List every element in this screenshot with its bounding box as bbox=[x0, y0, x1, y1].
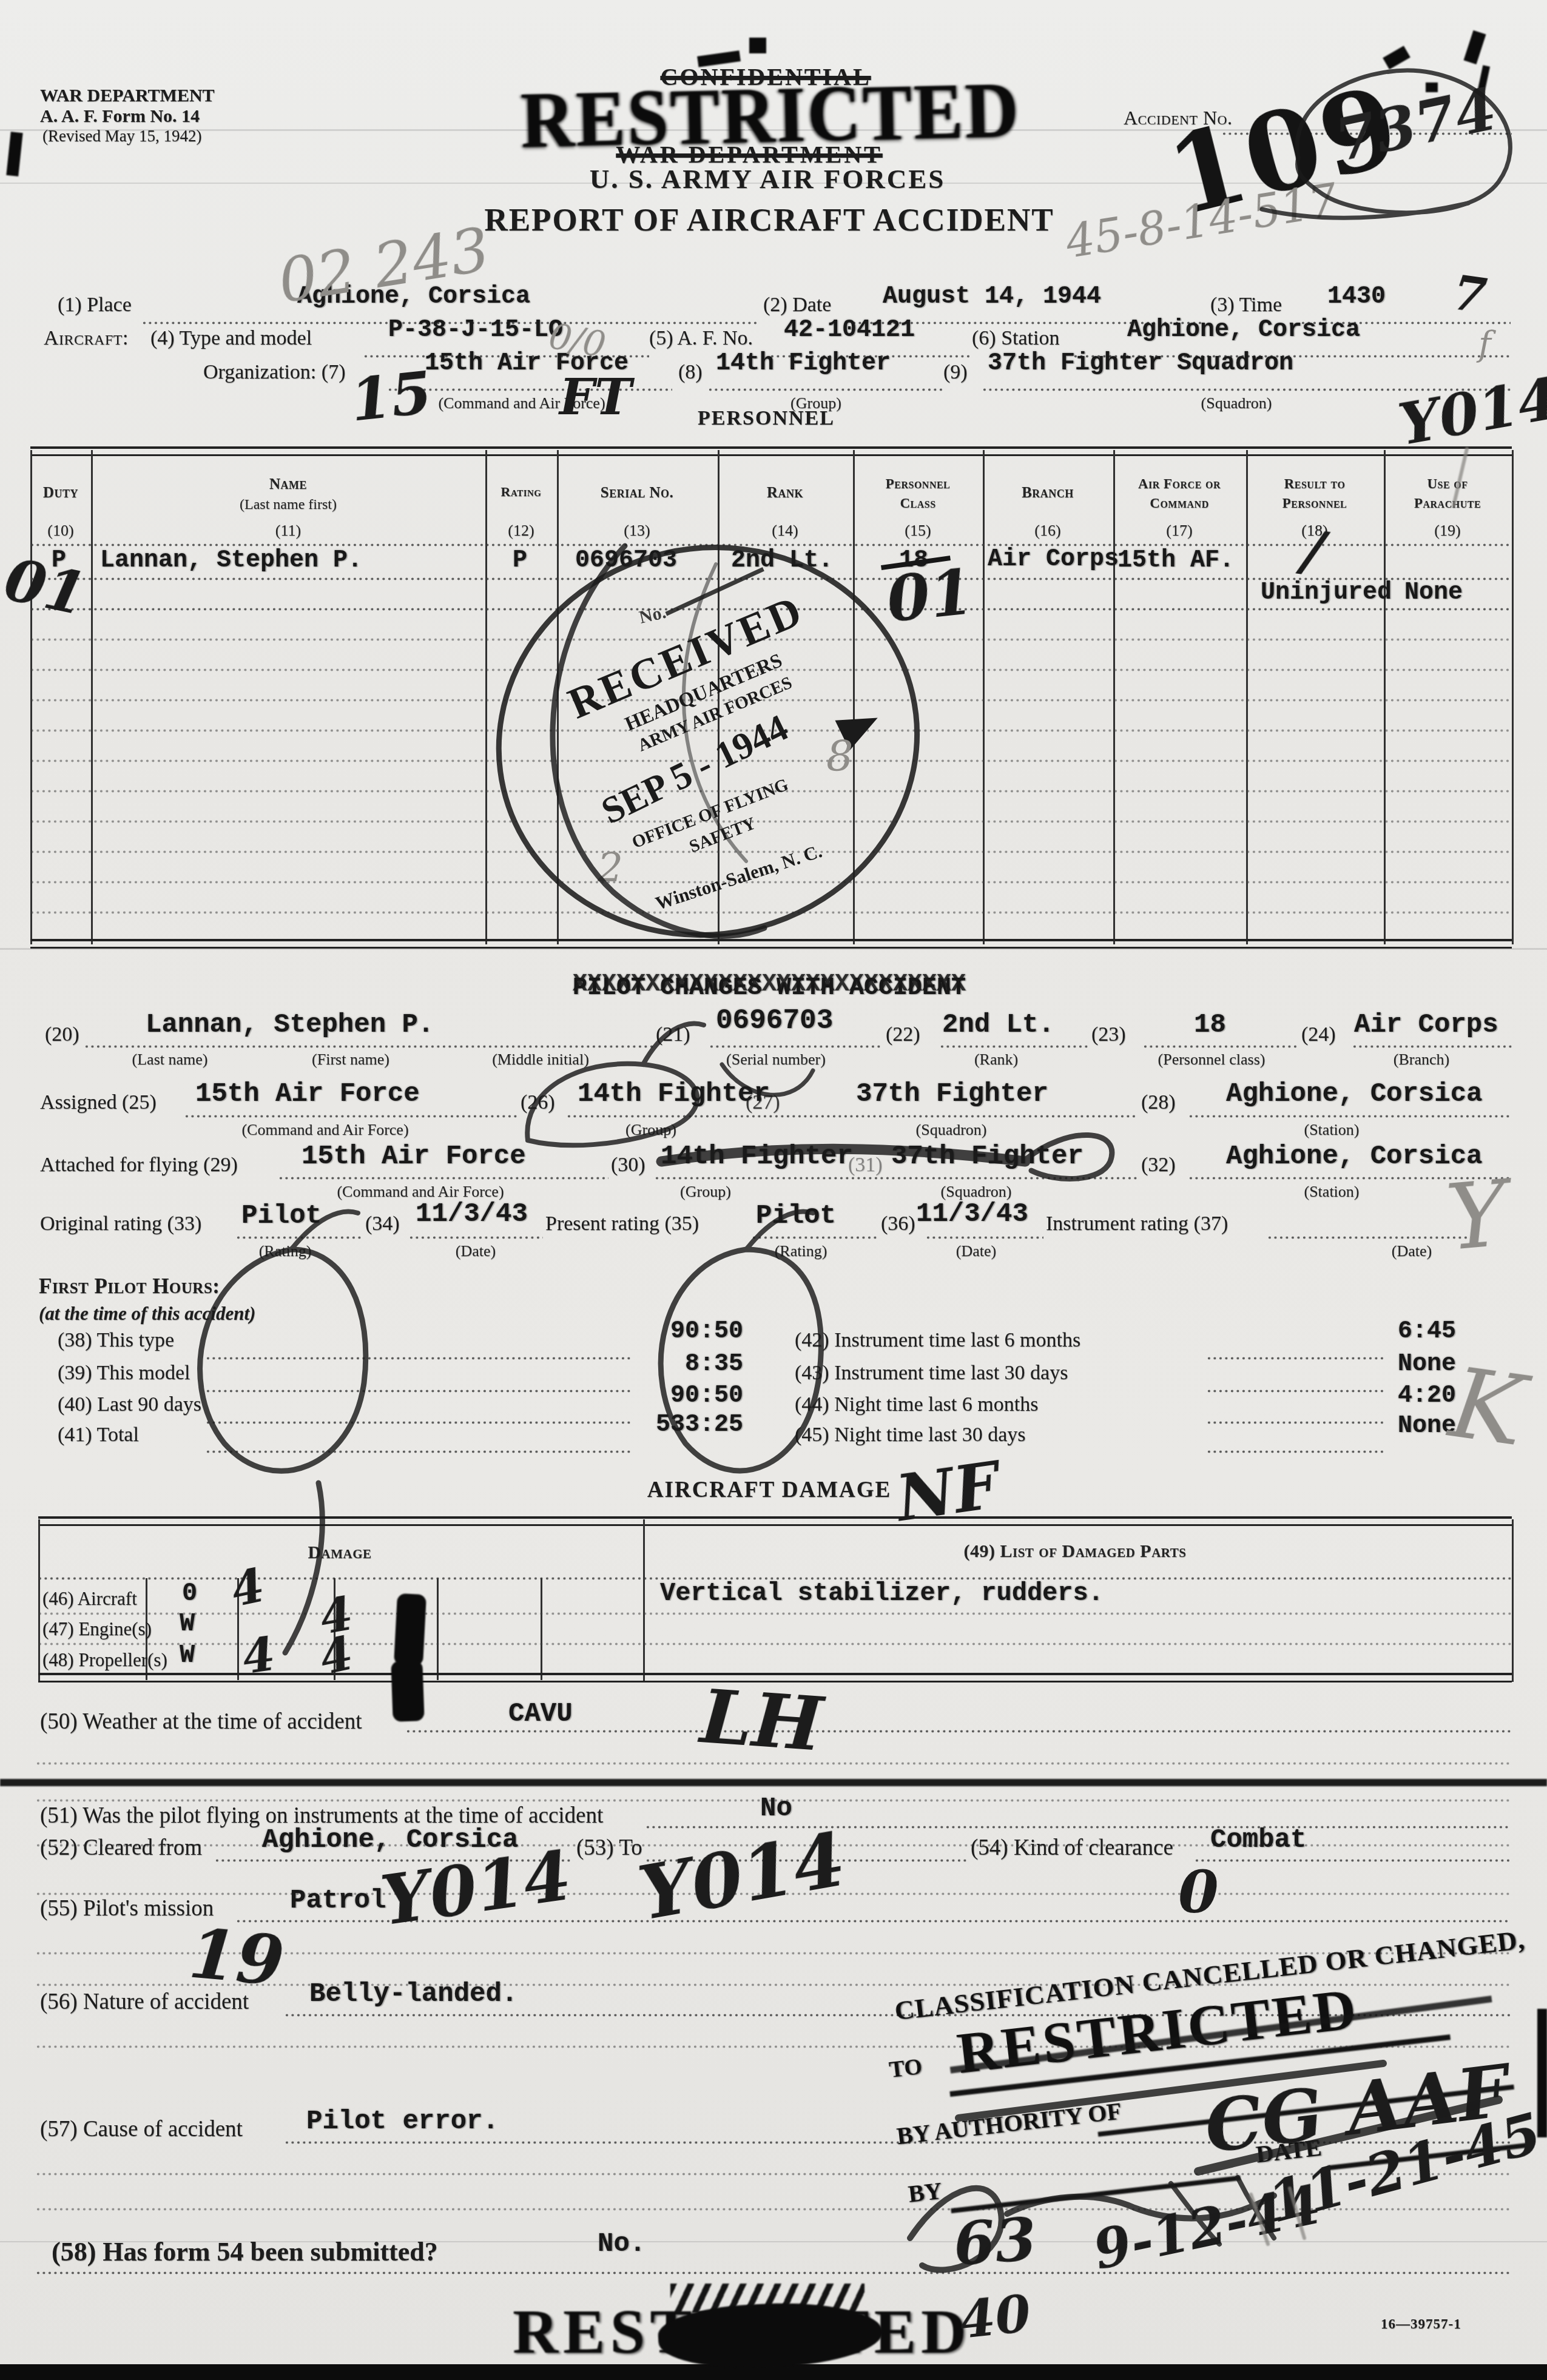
pencil-type-mark: 0/0 bbox=[547, 318, 608, 362]
stamp-no-label: No. bbox=[637, 602, 667, 628]
dotted-line bbox=[1268, 1236, 1468, 1239]
present-rating-value: Pilot bbox=[756, 1203, 836, 1229]
handwritten-clearance-0: 0 bbox=[1178, 1863, 1219, 1921]
instrument-rating-label: Instrument rating (37) bbox=[1046, 1213, 1228, 1235]
n28-label: (28) bbox=[1141, 1092, 1176, 1114]
squadron-value: 37th Fighter Squadron bbox=[988, 352, 1293, 376]
ink-speck bbox=[1464, 30, 1486, 64]
hours-41-label: (41) Total bbox=[58, 1424, 139, 1446]
organization-label: Organization: (7) bbox=[203, 361, 345, 383]
form-dept: WAR DEPARTMENT bbox=[40, 86, 215, 106]
dotted-line bbox=[36, 2271, 1511, 2274]
form-revision: (Revised May 15, 1942) bbox=[42, 127, 201, 144]
place-label: (1) Place bbox=[58, 294, 132, 316]
hours-45-label: (45) Night time last 30 days bbox=[795, 1424, 1026, 1446]
n24-label: (24) bbox=[1301, 1024, 1336, 1046]
damage-47-mark: W bbox=[180, 1611, 195, 1636]
row-branch: Air Corps bbox=[988, 548, 1119, 572]
attached-label: Attached for flying (29) bbox=[40, 1154, 238, 1176]
mission-value: Patrol bbox=[290, 1888, 386, 1914]
hours-42-value: 6:45 bbox=[1329, 1320, 1456, 1344]
table-rule bbox=[91, 450, 93, 944]
damage-46-mark: 0 bbox=[182, 1581, 197, 1606]
col-serial: Serial No. bbox=[601, 485, 673, 500]
hours-44-value: 4:20 bbox=[1329, 1384, 1456, 1408]
handwritten-y014-top: Y014 bbox=[1395, 370, 1547, 454]
n31-label: (31) bbox=[848, 1154, 883, 1176]
handwritten-19: 19 bbox=[186, 1920, 286, 1995]
parts-col-label: (49) List of Damaged Parts bbox=[964, 1542, 1187, 1561]
hours-42-label: (42) Instrument time last 6 months bbox=[795, 1330, 1080, 1351]
present-rating-label: Present rating (35) bbox=[545, 1213, 699, 1235]
dotted-line bbox=[1195, 1859, 1511, 1862]
dotted-line bbox=[940, 1045, 1088, 1048]
cause-label: (57) Cause of accident bbox=[40, 2118, 243, 2142]
row-command: 15th AF. bbox=[1117, 549, 1234, 573]
squadron-number: (9) bbox=[943, 361, 968, 383]
ink-blot bbox=[391, 1660, 424, 1722]
station-value: Aghione, Corsica bbox=[1127, 318, 1360, 343]
cap-rank: (Rank) bbox=[974, 1052, 1018, 1067]
hours-43-value: None bbox=[1329, 1353, 1456, 1377]
type-value: P-38-J-15-LO bbox=[388, 318, 563, 343]
n26-label: (26) bbox=[521, 1092, 555, 1114]
form-number: A. A. F. Form No. 14 bbox=[40, 107, 200, 126]
page-title: REPORT OF AIRCRAFT ACCIDENT bbox=[484, 204, 1054, 238]
hours-heading: First Pilot Hours: bbox=[39, 1276, 220, 1298]
attached-squadron: 37th Fighter bbox=[891, 1143, 1084, 1170]
date-value: August 14, 1944 bbox=[883, 285, 1101, 309]
damage-col-label: Damage bbox=[308, 1544, 371, 1562]
print-code: 16—39757-1 bbox=[1381, 2317, 1461, 2331]
weather-label: (50) Weather at the time of accident bbox=[40, 1710, 362, 1734]
section-rule bbox=[0, 1779, 1547, 1786]
cap-middle-initial: (Middle initial) bbox=[492, 1052, 589, 1067]
cap-attached-af: (Command and Air Force) bbox=[337, 1184, 504, 1200]
damage-subrule bbox=[541, 1578, 542, 1680]
hours-41-value: 533:25 bbox=[607, 1413, 743, 1437]
pencil-y-mark: Y bbox=[1443, 1168, 1511, 1264]
accident-report-scan: WAR DEPARTMENT A. A. F. Form No. 14 (Rev… bbox=[0, 0, 1547, 2380]
nature-value: Belly-landed. bbox=[309, 1981, 517, 2008]
table-rule bbox=[983, 450, 985, 944]
station-label: (6) Station bbox=[972, 328, 1059, 349]
service-name: U. S. ARMY AIR FORCES bbox=[590, 165, 945, 193]
dotted-line bbox=[1144, 1045, 1298, 1048]
handwritten-damage-4a: 4 bbox=[227, 1562, 269, 1613]
col-num-13: (13) bbox=[624, 523, 650, 539]
dotted-line bbox=[206, 1450, 631, 1453]
hours-38-value: 90:50 bbox=[607, 1320, 743, 1344]
n22-label: (22) bbox=[886, 1024, 920, 1046]
damage-divider bbox=[643, 1519, 645, 1682]
cleared-from-label: (52) Cleared from bbox=[40, 1837, 202, 1860]
mission-label: (55) Pilot's mission bbox=[40, 1897, 214, 1921]
col-duty: Duty bbox=[43, 485, 78, 500]
dotted-line bbox=[237, 1236, 361, 1239]
dotted-line bbox=[752, 1236, 878, 1239]
cstamp-authority-label: BY AUTHORITY OF bbox=[895, 2096, 1124, 2150]
cap-personnel-class: (Personnel class) bbox=[1158, 1052, 1266, 1067]
squadron-caption: (Squadron) bbox=[1201, 395, 1272, 411]
damage-48-mark: W bbox=[180, 1642, 195, 1668]
col-parachute-2: Parachute bbox=[1414, 496, 1481, 510]
stamp-city: Winston-Salem, N. C. bbox=[653, 840, 824, 914]
col-branch: Branch bbox=[1022, 485, 1074, 500]
af-no-label: (5) A. F. No. bbox=[649, 328, 753, 349]
cstamp-by-label: BY bbox=[906, 2176, 943, 2208]
handwritten-40: 40 bbox=[957, 2288, 1033, 2346]
aircraft-label: Aircraft: bbox=[44, 328, 129, 349]
dotted-line bbox=[279, 1177, 608, 1180]
assigned-squadron: 37th Fighter bbox=[856, 1081, 1048, 1108]
table-top-rule bbox=[30, 446, 1512, 456]
damage-heading: AIRCRAFT DAMAGE bbox=[647, 1479, 891, 1502]
cap-attached-station: (Station) bbox=[1304, 1184, 1360, 1200]
ink-speck bbox=[1383, 45, 1410, 69]
table-rule bbox=[1384, 450, 1386, 944]
original-rating-label: Original rating (33) bbox=[40, 1213, 201, 1235]
dotted-line bbox=[1353, 1045, 1512, 1048]
dotted-line bbox=[926, 1236, 1043, 1239]
col-command-2: Command bbox=[1150, 496, 1208, 510]
hours-43-label: (43) Instrument time last 30 days bbox=[795, 1362, 1068, 1384]
cap-attached-squadron: (Squadron) bbox=[941, 1184, 1012, 1200]
col-name: Name bbox=[269, 477, 307, 492]
cap-date-2: (Date) bbox=[956, 1243, 996, 1259]
col-num-15: (15) bbox=[905, 523, 931, 539]
group-value: 14th Fighter bbox=[716, 352, 891, 376]
n32-label: (32) bbox=[1141, 1154, 1176, 1176]
dotted-line bbox=[206, 1421, 631, 1424]
col-num-19: (19) bbox=[1434, 523, 1460, 539]
hours-45-value: None bbox=[1329, 1414, 1456, 1439]
col-num-11: (11) bbox=[275, 523, 301, 539]
assigned-group: 14th Fighter bbox=[578, 1081, 770, 1108]
cap-first-name: (First name) bbox=[312, 1052, 389, 1067]
table-rule bbox=[30, 450, 32, 944]
form54-label: (58) Has form 54 been submitted? bbox=[52, 2238, 438, 2266]
cap-date-1: (Date) bbox=[456, 1243, 496, 1259]
ink-speck bbox=[749, 38, 766, 53]
handwritten-15: 15 bbox=[348, 363, 434, 429]
n23-label: (23) bbox=[1091, 1024, 1126, 1046]
personnel-heading: PERSONNEL bbox=[698, 408, 835, 429]
original-rating-date: 11/3/43 bbox=[416, 1201, 528, 1228]
assigned-af: 15th Air Force bbox=[195, 1081, 420, 1108]
damage-48-label: (48) Propeller(s) bbox=[42, 1650, 167, 1670]
table-bottom-rule bbox=[30, 939, 1512, 949]
pilot-class: 18 bbox=[1194, 1012, 1226, 1038]
assigned-station: Aghione, Corsica bbox=[1226, 1081, 1482, 1108]
cap-rating-1: (Rating) bbox=[259, 1243, 312, 1259]
n36-label: (36) bbox=[881, 1213, 915, 1235]
dotted-line bbox=[185, 1115, 519, 1118]
dotted-line bbox=[85, 1045, 654, 1048]
instruments-value: No bbox=[760, 1795, 792, 1822]
cap-assigned-squadron: (Squadron) bbox=[916, 1122, 987, 1138]
damaged-parts-value: Vertical stabilizer, rudders. bbox=[660, 1581, 1104, 1606]
original-rating-value: Pilot bbox=[241, 1203, 322, 1229]
row-parachute: None bbox=[1404, 581, 1463, 605]
dotted-line bbox=[655, 1177, 1137, 1180]
dotted-line bbox=[206, 1390, 631, 1393]
table-rule bbox=[1246, 450, 1248, 944]
dotted-line bbox=[206, 1357, 631, 1360]
attached-group: 14th Fighter bbox=[661, 1143, 853, 1170]
time-value: 1430 bbox=[1327, 285, 1386, 309]
pilot-name: Lannan, Stephen P. bbox=[146, 1012, 434, 1038]
pilot-rank: 2nd Lt. bbox=[942, 1012, 1054, 1038]
cap-serial-number: (Serial number) bbox=[726, 1052, 826, 1067]
col-rating: Rating bbox=[501, 485, 542, 499]
row-result: Uninjured bbox=[1261, 581, 1392, 605]
pencil-station-mark: f bbox=[1478, 328, 1491, 361]
form54-value: No. bbox=[598, 2231, 645, 2257]
attached-af: 15th Air Force bbox=[302, 1143, 526, 1170]
pencil-k-mark: K bbox=[1444, 1354, 1530, 1460]
ink-blot bbox=[394, 1593, 426, 1666]
dotted-line bbox=[1189, 1115, 1512, 1118]
damage-table-top bbox=[38, 1516, 1512, 1526]
cap-last-name: (Last name) bbox=[132, 1052, 208, 1067]
damage-rule bbox=[38, 1519, 40, 1682]
cap-rating-2: (Rating) bbox=[775, 1243, 827, 1259]
col-class-2: Class bbox=[900, 496, 935, 510]
cause-value: Pilot error. bbox=[306, 2108, 499, 2135]
hours-subheading: (at the time of this accident) bbox=[39, 1304, 255, 1324]
hours-44-label: (44) Night time last 6 months bbox=[795, 1394, 1038, 1416]
col-parachute-1: Use of bbox=[1427, 477, 1468, 491]
cap-date-3: (Date) bbox=[1392, 1243, 1432, 1259]
cap-assigned-af: (Command and Air Force) bbox=[241, 1122, 408, 1138]
handwritten-damage-4c: 4 bbox=[240, 1631, 278, 1681]
n20-label: (20) bbox=[45, 1024, 79, 1046]
col-rank: Rank bbox=[767, 485, 803, 500]
dotted-line bbox=[567, 1115, 1137, 1118]
handwritten-nf: NF bbox=[893, 1454, 1003, 1530]
col-num-16: (16) bbox=[1034, 523, 1060, 539]
handwritten-y014-b: Y014 bbox=[633, 1821, 851, 1930]
time-label: (3) Time bbox=[1210, 294, 1282, 316]
hours-38-label: (38) This type bbox=[58, 1330, 174, 1351]
clearance-label: (54) Kind of clearance bbox=[971, 1837, 1173, 1860]
col-name-sub: (Last name first) bbox=[240, 497, 337, 512]
hours-39-value: 8:35 bbox=[607, 1353, 743, 1377]
group-number: (8) bbox=[678, 361, 703, 383]
row-rating: P bbox=[513, 549, 527, 573]
table-rule bbox=[1512, 450, 1514, 944]
cap-assigned-group: (Group) bbox=[625, 1122, 676, 1138]
assigned-label: Assigned (25) bbox=[40, 1092, 157, 1114]
row-name: Lannan, Stephen P. bbox=[100, 549, 362, 573]
col-command-1: Air Force or bbox=[1138, 477, 1221, 491]
handwritten-weather-mark: LH bbox=[698, 1679, 825, 1761]
ink-speck bbox=[6, 132, 22, 176]
n27-label: (27) bbox=[746, 1092, 780, 1114]
damage-46-label: (46) Aircraft bbox=[42, 1589, 137, 1609]
col-num-10: (10) bbox=[47, 523, 73, 539]
handwritten-class-01: 01 bbox=[884, 561, 976, 631]
handwritten-margin-01: 01 bbox=[0, 550, 91, 624]
scribble bbox=[285, 1483, 322, 1653]
pencil-stamp-8: 8 bbox=[826, 735, 854, 778]
heading-x-overstrike: XXXXXXXXXXXXXXXXXXXXXXXXXXX bbox=[573, 973, 966, 997]
cap-assigned-station: (Station) bbox=[1304, 1122, 1360, 1138]
col-num-12: (12) bbox=[508, 523, 534, 539]
present-rating-date: 11/3/43 bbox=[916, 1201, 1028, 1228]
damage-rule bbox=[1512, 1519, 1514, 1682]
col-class-1: Personnel bbox=[886, 477, 951, 491]
cap-branch: (Branch) bbox=[1394, 1052, 1449, 1067]
damage-subrule bbox=[437, 1578, 439, 1680]
col-num-17: (17) bbox=[1166, 523, 1192, 539]
dotted-line bbox=[406, 1730, 1511, 1733]
date-label: (2) Date bbox=[763, 294, 831, 316]
hours-40-value: 90:50 bbox=[607, 1384, 743, 1408]
n21-label: (21) bbox=[656, 1024, 690, 1046]
af-no-value: 42-104121 bbox=[784, 318, 915, 343]
scribble bbox=[200, 1249, 366, 1471]
pilot-serial: 0696703 bbox=[716, 1007, 833, 1035]
col-result-1: Result to bbox=[1284, 477, 1346, 491]
dotted-line bbox=[1207, 1450, 1383, 1453]
table-rule bbox=[1113, 450, 1115, 944]
hours-40-label: (40) Last 90 days bbox=[58, 1394, 201, 1416]
handwritten-ft: FT bbox=[559, 372, 632, 422]
cap-attached-group: (Group) bbox=[680, 1184, 731, 1200]
n30-label: (30) bbox=[611, 1154, 645, 1176]
hours-39-label: (39) This model bbox=[58, 1362, 190, 1384]
handwritten-time-mark: 7 bbox=[1450, 270, 1489, 321]
clearance-value: Combat bbox=[1210, 1827, 1306, 1854]
to-label: (53) To bbox=[576, 1837, 642, 1860]
pencil-stamp-2: 2 bbox=[598, 848, 623, 888]
dotted-line bbox=[710, 1045, 883, 1048]
cstamp-to-label: TO bbox=[888, 2053, 923, 2083]
weather-value: CAVU bbox=[508, 1701, 573, 1727]
n34-label: (34) bbox=[365, 1213, 400, 1235]
damage-47-label: (47) Engine(s) bbox=[42, 1619, 152, 1639]
col-result-2: Personnel bbox=[1282, 496, 1347, 510]
dotted-line bbox=[409, 1236, 543, 1239]
dotted-line bbox=[709, 388, 943, 391]
pilot-branch: Air Corps bbox=[1354, 1012, 1498, 1038]
type-label: (4) Type and model bbox=[150, 328, 312, 349]
handwritten-63: 63 bbox=[952, 2210, 1039, 2274]
